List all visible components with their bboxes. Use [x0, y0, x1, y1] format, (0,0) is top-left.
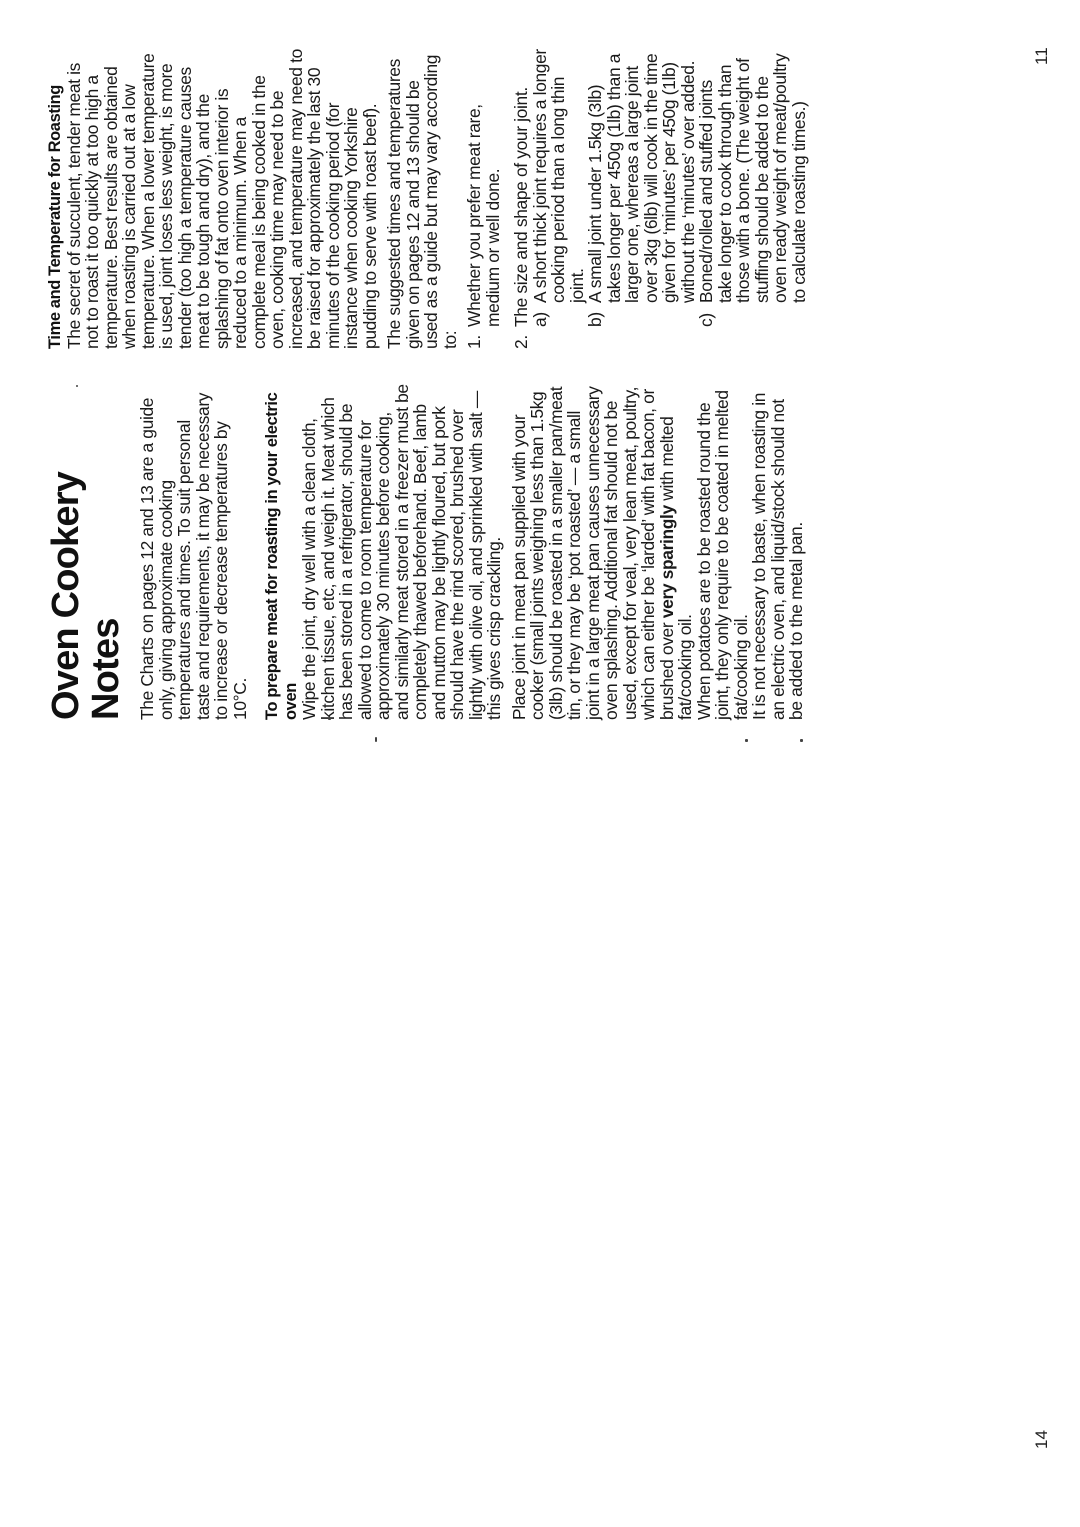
list-number: 1.	[465, 335, 484, 349]
prepare-meat-heading: To prepare meat for roasting in your ele…	[263, 380, 300, 720]
baste-paragraph: It is not necessary to baste, when roast…	[750, 380, 806, 720]
scan-speck	[745, 739, 748, 742]
document-page: Oven Cookery Notes The Charts on pages 1…	[0, 0, 1080, 1527]
factor-item: 2. The size and shape of your joint. a) …	[512, 49, 808, 349]
factors-list: 1. Whether you prefer meat rare, medium …	[465, 49, 808, 349]
list-number: 2.	[512, 335, 531, 349]
scan-speck	[215, 298, 217, 300]
scan-speck	[800, 739, 803, 742]
sub-item: c) Boned/rolled and stuffed joints take …	[697, 49, 808, 327]
sub-letter: a)	[531, 312, 550, 327]
page-number-right: 11	[1032, 47, 1052, 65]
sub-item-text: Boned/rolled and stuffed joints take lon…	[696, 54, 809, 303]
factor-text: The size and shape of your joint.	[511, 87, 531, 327]
scan-speck	[375, 737, 377, 742]
sub-item: a) A short thick joint requires a longer…	[531, 49, 587, 327]
joint-size-sublist: a) A short thick joint requires a longer…	[531, 49, 809, 327]
page-number-left: 14	[1032, 1430, 1052, 1449]
secret-paragraph: The secret of succulent, tender meat is …	[65, 49, 380, 349]
intro-paragraph: The Charts on pages 12 and 13 are a guid…	[138, 380, 249, 720]
very-sparingly-emphasis: very sparingly	[657, 505, 677, 618]
sub-letter: b)	[586, 312, 605, 327]
sub-item: b) A small joint under 1.5kg (3lb) takes…	[586, 49, 697, 327]
time-temperature-column: Time and Temperature for Roasting The se…	[46, 49, 818, 349]
scan-speck	[328, 717, 331, 720]
prepare-meat-paragraph: Wipe the joint, dry well with a clean cl…	[300, 380, 504, 720]
factor-item: 1. Whether you prefer meat rare, medium …	[465, 49, 502, 349]
sub-letter: c)	[697, 313, 716, 327]
place-joint-text: Place joint in meat pan supplied with yo…	[509, 386, 677, 720]
potatoes-paragraph: When potatoes are to be roasted round th…	[695, 380, 751, 720]
page-title: Oven Cookery Notes	[46, 380, 126, 720]
oven-cookery-notes-column: Oven Cookery Notes The Charts on pages 1…	[46, 380, 806, 720]
sub-item-text: A small joint under 1.5kg (3lb) takes lo…	[585, 54, 698, 303]
suggested-paragraph: The suggested times and temperatures giv…	[385, 49, 459, 349]
time-temperature-heading: Time and Temperature for Roasting	[46, 49, 65, 349]
place-joint-paragraph: Place joint in meat pan supplied with yo…	[510, 380, 695, 720]
sub-item-text: A short thick joint requires a longer co…	[530, 49, 587, 303]
factor-text: Whether you prefer meat rare, medium or …	[464, 104, 503, 327]
scan-speck	[76, 385, 78, 387]
